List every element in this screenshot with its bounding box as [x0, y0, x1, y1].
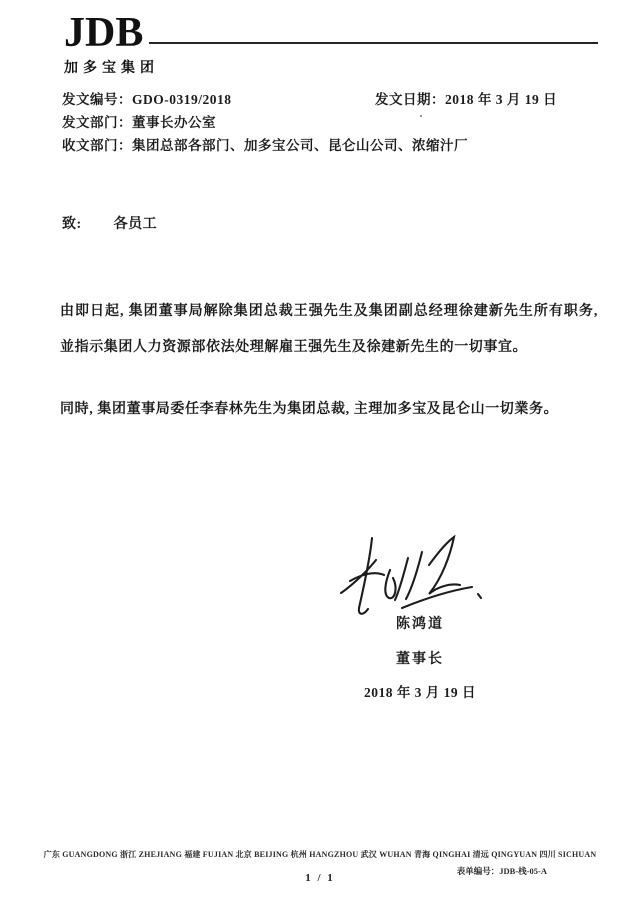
doc-date-value: 2018 年 3 月 19 日 [445, 92, 557, 107]
company-logo: JDB 加多宝集团 [64, 12, 159, 77]
doc-number-value: GDO-0319/2018 [132, 92, 232, 107]
header-divider-line [149, 42, 598, 44]
signer-title: 董事长 [340, 648, 500, 668]
doc-number: 发文编号：GDO-0319/2018 [62, 92, 232, 107]
scan-artifact-dot [420, 115, 422, 117]
signer-name: 陈鸿道 [340, 613, 500, 633]
body-paragraph-1: 由即日起, 集团董事局解除集团总裁王强先生及集团副总经理徐建新先生所有职务, 並… [60, 294, 598, 366]
receiving-dept-value: 集团总部各部门、加多宝公司、昆仑山公司、浓缩汁厂 [132, 138, 468, 153]
letter-page: JDB 加多宝集团 发文编号：GDO-0319/2018 发文日期：2018 年… [0, 0, 640, 905]
salutation-recipient: 各员工 [114, 217, 158, 232]
doc-date: 发文日期：2018 年 3 月 19 日 [375, 88, 557, 108]
footer-locations-line: 广东 GUANGDONG 浙江 ZHEJIANG 福建 FUJIAN 北京 BE… [0, 849, 640, 860]
receiving-dept-label: 收文部门： [62, 138, 132, 153]
salutation-label: 致: [62, 217, 82, 232]
meta-row-1: 发文编号：GDO-0319/2018 发文日期：2018 年 3 月 19 日 [62, 88, 602, 108]
page-number: 1 / 1 [0, 872, 640, 884]
issuing-dept-value: 董事长办公室 [132, 115, 216, 130]
signature-date: 2018 年 3 月 19 日 [330, 681, 510, 701]
meta-row-3: 收文部门：集团总部各部门、加多宝公司、昆仑山公司、浓缩汁厂 [62, 134, 602, 154]
body-paragraph-2: 同時, 集团董事局委任李春林先生为集团总裁, 主理加多宝及昆仑山一切業务。 [60, 392, 598, 428]
logo-company-name: 加多宝集团 [64, 57, 159, 77]
issuing-dept: 发文部门：董事长办公室 [62, 115, 216, 130]
receiving-dept: 收文部门：集团总部各部门、加多宝公司、昆仑山公司、浓缩汁厂 [62, 138, 468, 153]
logo-acronym: JDB [64, 12, 159, 54]
doc-date-label: 发文日期： [375, 92, 445, 107]
issuing-dept-label: 发文部门： [62, 115, 132, 130]
salutation-line: 致:各员工 [62, 213, 157, 233]
meta-row-2: 发文部门：董事长办公室 [62, 111, 602, 131]
doc-number-label: 发文编号： [62, 92, 132, 107]
